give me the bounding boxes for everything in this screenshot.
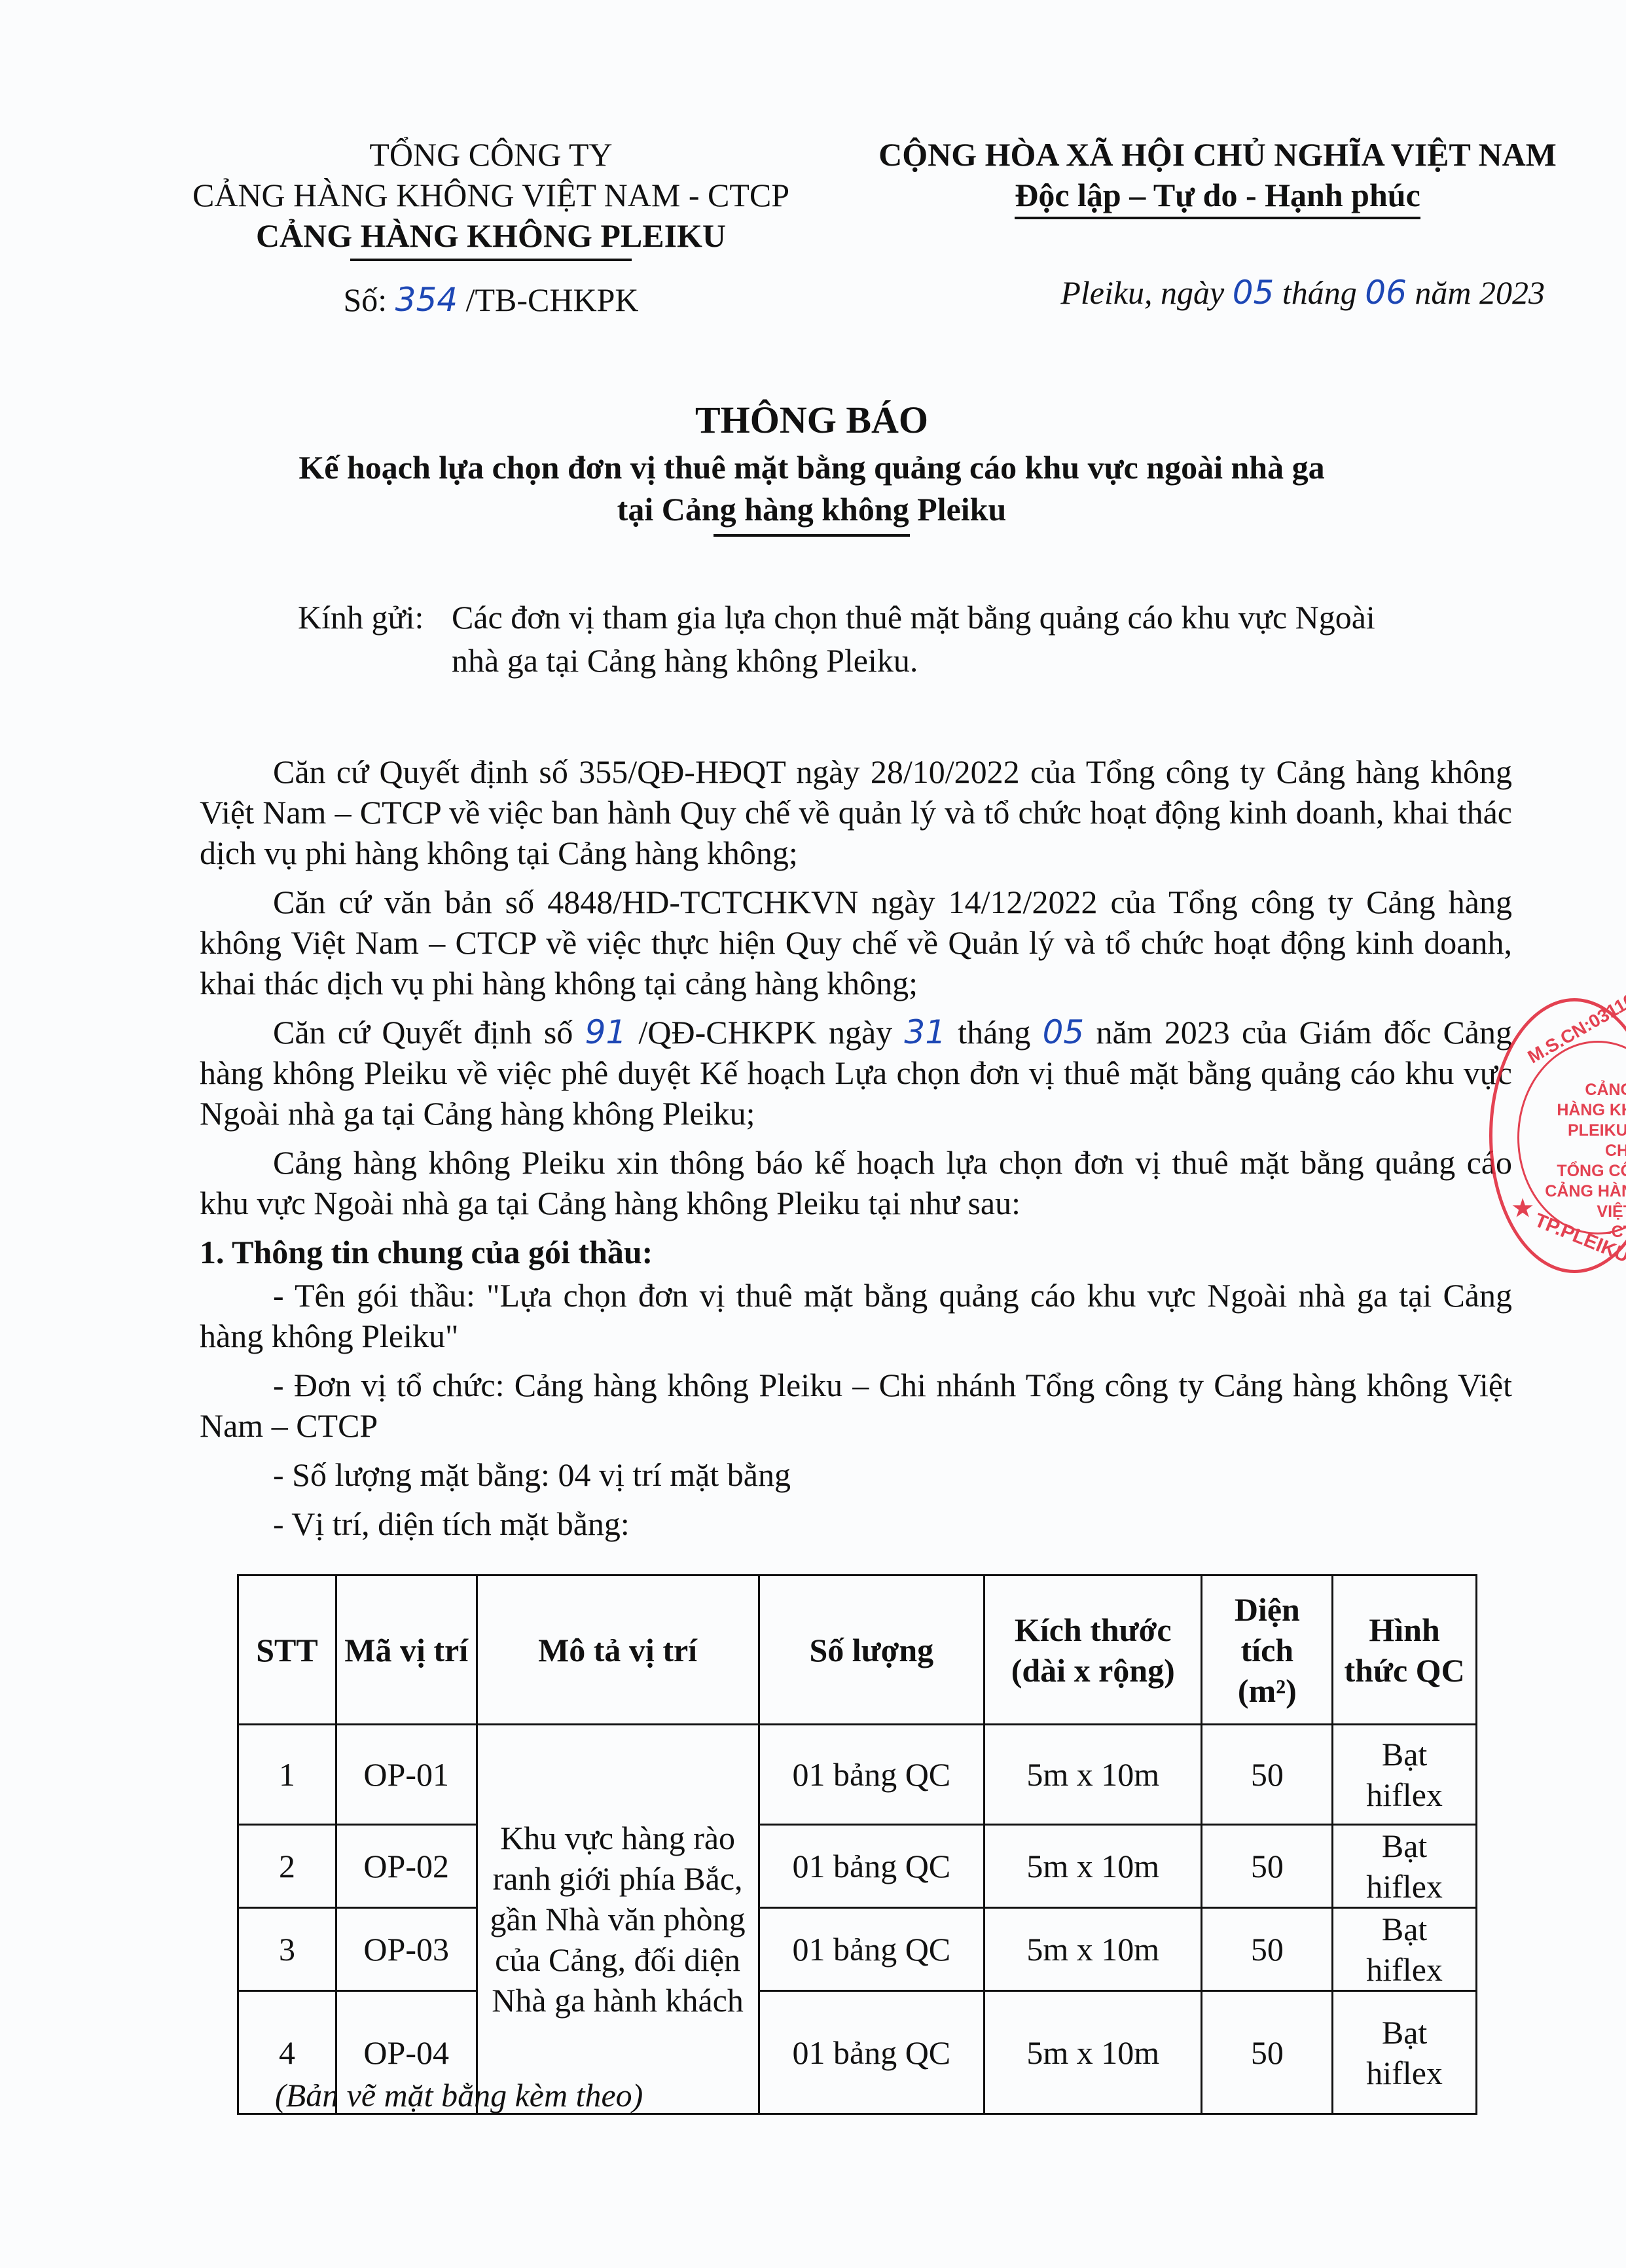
cell-stt: 1 <box>238 1725 336 1825</box>
cell-description: Khu vực hàng rào ranh giới phía Bắc, gần… <box>477 1725 759 2114</box>
legal-basis-paragraph: Căn cứ Quyết định số 355/QĐ-HĐQT ngày 28… <box>200 751 1512 873</box>
table-row: 3 OP-03 01 bảng QC 5m x 10m 50 Bạt hifle… <box>238 1908 1477 1991</box>
seal-star-icon: ★ <box>1512 1195 1533 1222</box>
organizer-item: - Đơn vị tổ chức: Cảng hàng không Pleiku… <box>200 1365 1512 1446</box>
national-motto: Độc lập – Tự do - Hạnh phúc <box>1015 175 1420 219</box>
document-subtitle-line2: tại Cảng hàng không Pleiku <box>131 488 1492 530</box>
document-title: THÔNG BÁO <box>131 394 1492 446</box>
section-1-heading: 1. Thông tin chung của gói thầu: <box>200 1232 1512 1272</box>
drawing-attached-note: (Bản vẽ mặt bằng kèm theo) <box>275 2076 643 2114</box>
col-header-ad-type: Hình thức QC <box>1333 1575 1477 1725</box>
issuer-underline <box>350 259 632 261</box>
document-number: Số: 354 /TB-CHKPK <box>131 279 851 320</box>
intro-paragraph: Cảng hàng không Pleiku xin thông báo kế … <box>200 1142 1512 1223</box>
title-underline <box>714 534 910 537</box>
country-name: CỘNG HÒA XÃ HỘI CHỦ NGHĨA VIỆT NAM <box>818 134 1617 175</box>
cell-ad-type: Bạt hiflex <box>1333 1991 1477 2114</box>
recipient-block: Kính gửi:Các đơn vị tham gia lựa chọn th… <box>298 596 1489 682</box>
quantity-item: - Số lượng mặt bằng: 04 vị trí mặt bằng <box>200 1454 1512 1495</box>
col-header-area: Diện tích (m²) <box>1202 1575 1333 1725</box>
seal-line: TỔNG CÔ <box>1542 1161 1626 1181</box>
date-month-handwritten: 06 <box>1365 274 1407 312</box>
cell-quantity: 01 bảng QC <box>759 1908 984 1991</box>
date-year: năm 2023 <box>1407 274 1545 311</box>
cell-area: 50 <box>1202 1908 1333 1991</box>
seal-line: VIỆT <box>1542 1202 1626 1222</box>
seal-line: CẢNG HÀN <box>1542 1181 1626 1202</box>
location-table: STT Mã vị trí Mô tả vị trí Số lượng Kích… <box>237 1574 1477 2115</box>
cell-size: 5m x 10m <box>985 1908 1202 1991</box>
issuer-block: TỔNG CÔNG TY CẢNG HÀNG KHÔNG VIỆT NAM - … <box>131 134 851 320</box>
document-title-block: THÔNG BÁO Kế hoạch lựa chọn đơn vị thuê … <box>131 394 1492 537</box>
issuer-name: CẢNG HÀNG KHÔNG PLEIKU <box>131 215 851 256</box>
date-day-handwritten: 05 <box>1233 274 1274 312</box>
date-month-label: tháng <box>1274 274 1365 311</box>
seal-line: CẢNG <box>1542 1080 1626 1100</box>
package-name-item: - Tên gói thầu: "Lựa chọn đơn vị thuê mặ… <box>200 1275 1512 1356</box>
cell-quantity: 01 bảng QC <box>759 1725 984 1825</box>
document-body: Căn cứ Quyết định số 355/QĐ-HĐQT ngày 28… <box>200 751 1512 1553</box>
decision-text: tháng <box>946 1014 1043 1051</box>
cell-size: 5m x 10m <box>985 1825 1202 1908</box>
col-header-quantity: Số lượng <box>759 1575 984 1725</box>
decision-paragraph: Căn cứ Quyết định số 91 /QĐ-CHKPK ngày 3… <box>200 1012 1512 1134</box>
cell-quantity: 01 bảng QC <box>759 1991 984 2114</box>
seal-line: HÀNG KH <box>1542 1100 1626 1121</box>
doc-no-prefix: Số: <box>343 281 395 318</box>
cell-area: 50 <box>1202 1991 1333 2114</box>
cell-size: 5m x 10m <box>985 1725 1202 1825</box>
table-header-row: STT Mã vị trí Mô tả vị trí Số lượng Kích… <box>238 1575 1477 1725</box>
issuer-parent-line2: CẢNG HÀNG KHÔNG VIỆT NAM - CTCP <box>131 175 851 215</box>
recipient-line2: nhà ga tại Cảng hàng không Pleiku. <box>298 639 1489 682</box>
decision-day-handwritten: 31 <box>904 1013 946 1051</box>
cell-code: OP-02 <box>336 1825 477 1908</box>
seal-line: -CT <box>1542 1222 1626 1242</box>
decision-text: Căn cứ Quyết định số <box>273 1014 585 1051</box>
col-header-description: Mô tả vị trí <box>477 1575 759 1725</box>
decision-text: /QĐ-CHKPK ngày <box>626 1014 904 1051</box>
issuer-parent-line1: TỔNG CÔNG TY <box>131 134 851 175</box>
legal-basis-paragraph: Căn cứ văn bản số 4848/HD-TCTCHKVN ngày … <box>200 882 1512 1003</box>
cell-code: OP-03 <box>336 1908 477 1991</box>
place-date: Pleiku, ngày 05 tháng 06 năm 2023 <box>877 274 1545 312</box>
col-header-stt: STT <box>238 1575 336 1725</box>
col-header-size: Kích thước (dài x rộng) <box>985 1575 1202 1725</box>
decision-month-handwritten: 05 <box>1043 1013 1085 1051</box>
location-area-item: - Vị trí, diện tích mặt bằng: <box>200 1503 1512 1544</box>
doc-no-handwritten: 354 <box>395 281 458 319</box>
national-header: CỘNG HÒA XÃ HỘI CHỦ NGHĨA VIỆT NAM Độc l… <box>818 134 1617 219</box>
cell-quantity: 01 bảng QC <box>759 1825 984 1908</box>
doc-no-suffix: /TB-CHKPK <box>458 281 638 318</box>
cell-area: 50 <box>1202 1825 1333 1908</box>
cell-size: 5m x 10m <box>985 1991 1202 2114</box>
date-prefix: Pleiku, ngày <box>1060 274 1232 311</box>
cell-area: 50 <box>1202 1725 1333 1825</box>
cell-ad-type: Bạt hiflex <box>1333 1908 1477 1991</box>
decision-no-handwritten: 91 <box>585 1013 627 1051</box>
cell-code: OP-01 <box>336 1725 477 1825</box>
cell-stt: 2 <box>238 1825 336 1908</box>
table-row: 2 OP-02 01 bảng QC 5m x 10m 50 Bạt hifle… <box>238 1825 1477 1908</box>
cell-ad-type: Bạt hiflex <box>1333 1825 1477 1908</box>
recipient-label: Kính gửi: <box>298 596 452 639</box>
table-row: 1 OP-01 Khu vực hàng rào ranh giới phía … <box>238 1725 1477 1825</box>
cell-ad-type: Bạt hiflex <box>1333 1725 1477 1825</box>
seal-line: PLEIKU-CHI <box>1542 1121 1626 1161</box>
col-header-code: Mã vị trí <box>336 1575 477 1725</box>
recipient-line1: Các đơn vị tham gia lựa chọn thuê mặt bằ… <box>452 599 1375 636</box>
document-subtitle-line1: Kế hoạch lựa chọn đơn vị thuê mặt bằng q… <box>131 446 1492 488</box>
cell-stt: 3 <box>238 1908 336 1991</box>
seal-inner-text: CẢNG HÀNG KH PLEIKU-CHI TỔNG CÔ CẢNG HÀN… <box>1542 1080 1626 1242</box>
